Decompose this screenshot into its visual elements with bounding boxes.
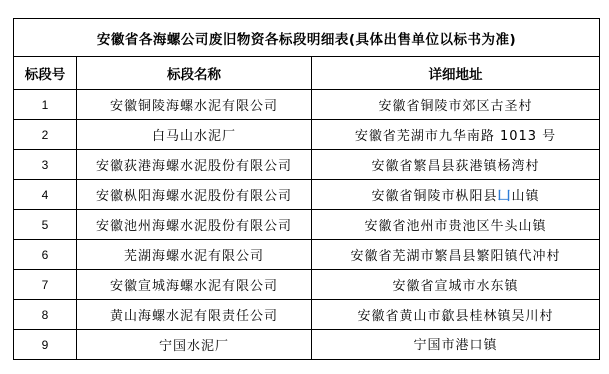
lot-name: 宁国水泥厂 bbox=[77, 330, 312, 360]
address-suffix: 山镇 bbox=[512, 189, 540, 204]
lot-name: 安徽荻港海螺水泥股份有限公司 bbox=[77, 150, 312, 180]
header-lot-number: 标段号 bbox=[14, 57, 77, 90]
lot-address: 安徽省池州市贵池区牛头山镇 bbox=[312, 210, 600, 240]
lot-number: 3 bbox=[14, 150, 77, 180]
lot-name: 白马山水泥厂 bbox=[77, 120, 312, 150]
lot-number: 7 bbox=[14, 270, 77, 300]
lot-name: 黄山海螺水泥有限责任公司 bbox=[77, 300, 312, 330]
address-prefix: 安徽省铜陵市枞阳县 bbox=[371, 189, 497, 204]
table-row: 6 芜湖海螺水泥有限公司 安徽省芜湖市繁昌县繁阳镇代冲村 bbox=[14, 240, 600, 270]
lot-address: 安徽省芜湖市九华南路 1013 号 bbox=[312, 120, 600, 150]
lot-name: 安徽枞阳海螺水泥股份有限公司 bbox=[77, 180, 312, 210]
lot-number: 4 bbox=[14, 180, 77, 210]
table-row: 8 黄山海螺水泥有限责任公司 安徽省黄山市歙县桂林镇吴川村 bbox=[14, 300, 600, 330]
header-lot-name: 标段名称 bbox=[77, 57, 312, 90]
table-row: 4 安徽枞阳海螺水泥股份有限公司 安徽省铜陵市枞阳县凵山镇 bbox=[14, 180, 600, 210]
lot-number: 1 bbox=[14, 90, 77, 120]
lot-number: 6 bbox=[14, 240, 77, 270]
lot-name: 安徽宣城海螺水泥有限公司 bbox=[77, 270, 312, 300]
table-row: 9 宁国水泥厂 宁国市港口镇 bbox=[14, 330, 600, 360]
lot-address: 安徽省铜陵市郊区古圣村 bbox=[312, 90, 600, 120]
lot-name: 安徽池州海螺水泥股份有限公司 bbox=[77, 210, 312, 240]
table-row: 7 安徽宣城海螺水泥有限公司 安徽省宣城市水东镇 bbox=[14, 270, 600, 300]
table-row: 1 安徽铜陵海螺水泥有限公司 安徽省铜陵市郊区古圣村 bbox=[14, 90, 600, 120]
table-row: 3 安徽荻港海螺水泥股份有限公司 安徽省繁昌县荻港镇杨湾村 bbox=[14, 150, 600, 180]
table-row: 2 白马山水泥厂 安徽省芜湖市九华南路 1013 号 bbox=[14, 120, 600, 150]
header-row: 标段号 标段名称 详细地址 bbox=[14, 57, 600, 90]
lots-detail-table: 安徽省各海螺公司废旧物资各标段明细表(具体出售单位以标书为准) 标段号 标段名称… bbox=[13, 18, 600, 360]
table-row: 5 安徽池州海螺水泥股份有限公司 安徽省池州市贵池区牛头山镇 bbox=[14, 210, 600, 240]
header-address: 详细地址 bbox=[312, 57, 600, 90]
missing-character-glyph-icon: 凵 bbox=[498, 189, 512, 204]
lot-number: 2 bbox=[14, 120, 77, 150]
lot-address: 宁国市港口镇 bbox=[312, 330, 600, 360]
lot-address: 安徽省黄山市歙县桂林镇吴川村 bbox=[312, 300, 600, 330]
lot-name: 芜湖海螺水泥有限公司 bbox=[77, 240, 312, 270]
lot-name: 安徽铜陵海螺水泥有限公司 bbox=[77, 90, 312, 120]
lot-number: 8 bbox=[14, 300, 77, 330]
title-row: 安徽省各海螺公司废旧物资各标段明细表(具体出售单位以标书为准) bbox=[14, 19, 600, 57]
lot-address: 安徽省铜陵市枞阳县凵山镇 bbox=[312, 180, 600, 210]
lot-number: 5 bbox=[14, 210, 77, 240]
lot-number: 9 bbox=[14, 330, 77, 360]
lot-address: 安徽省芜湖市繁昌县繁阳镇代冲村 bbox=[312, 240, 600, 270]
lot-address: 安徽省宣城市水东镇 bbox=[312, 270, 600, 300]
lot-address: 安徽省繁昌县荻港镇杨湾村 bbox=[312, 150, 600, 180]
table-title: 安徽省各海螺公司废旧物资各标段明细表(具体出售单位以标书为准) bbox=[14, 19, 600, 57]
